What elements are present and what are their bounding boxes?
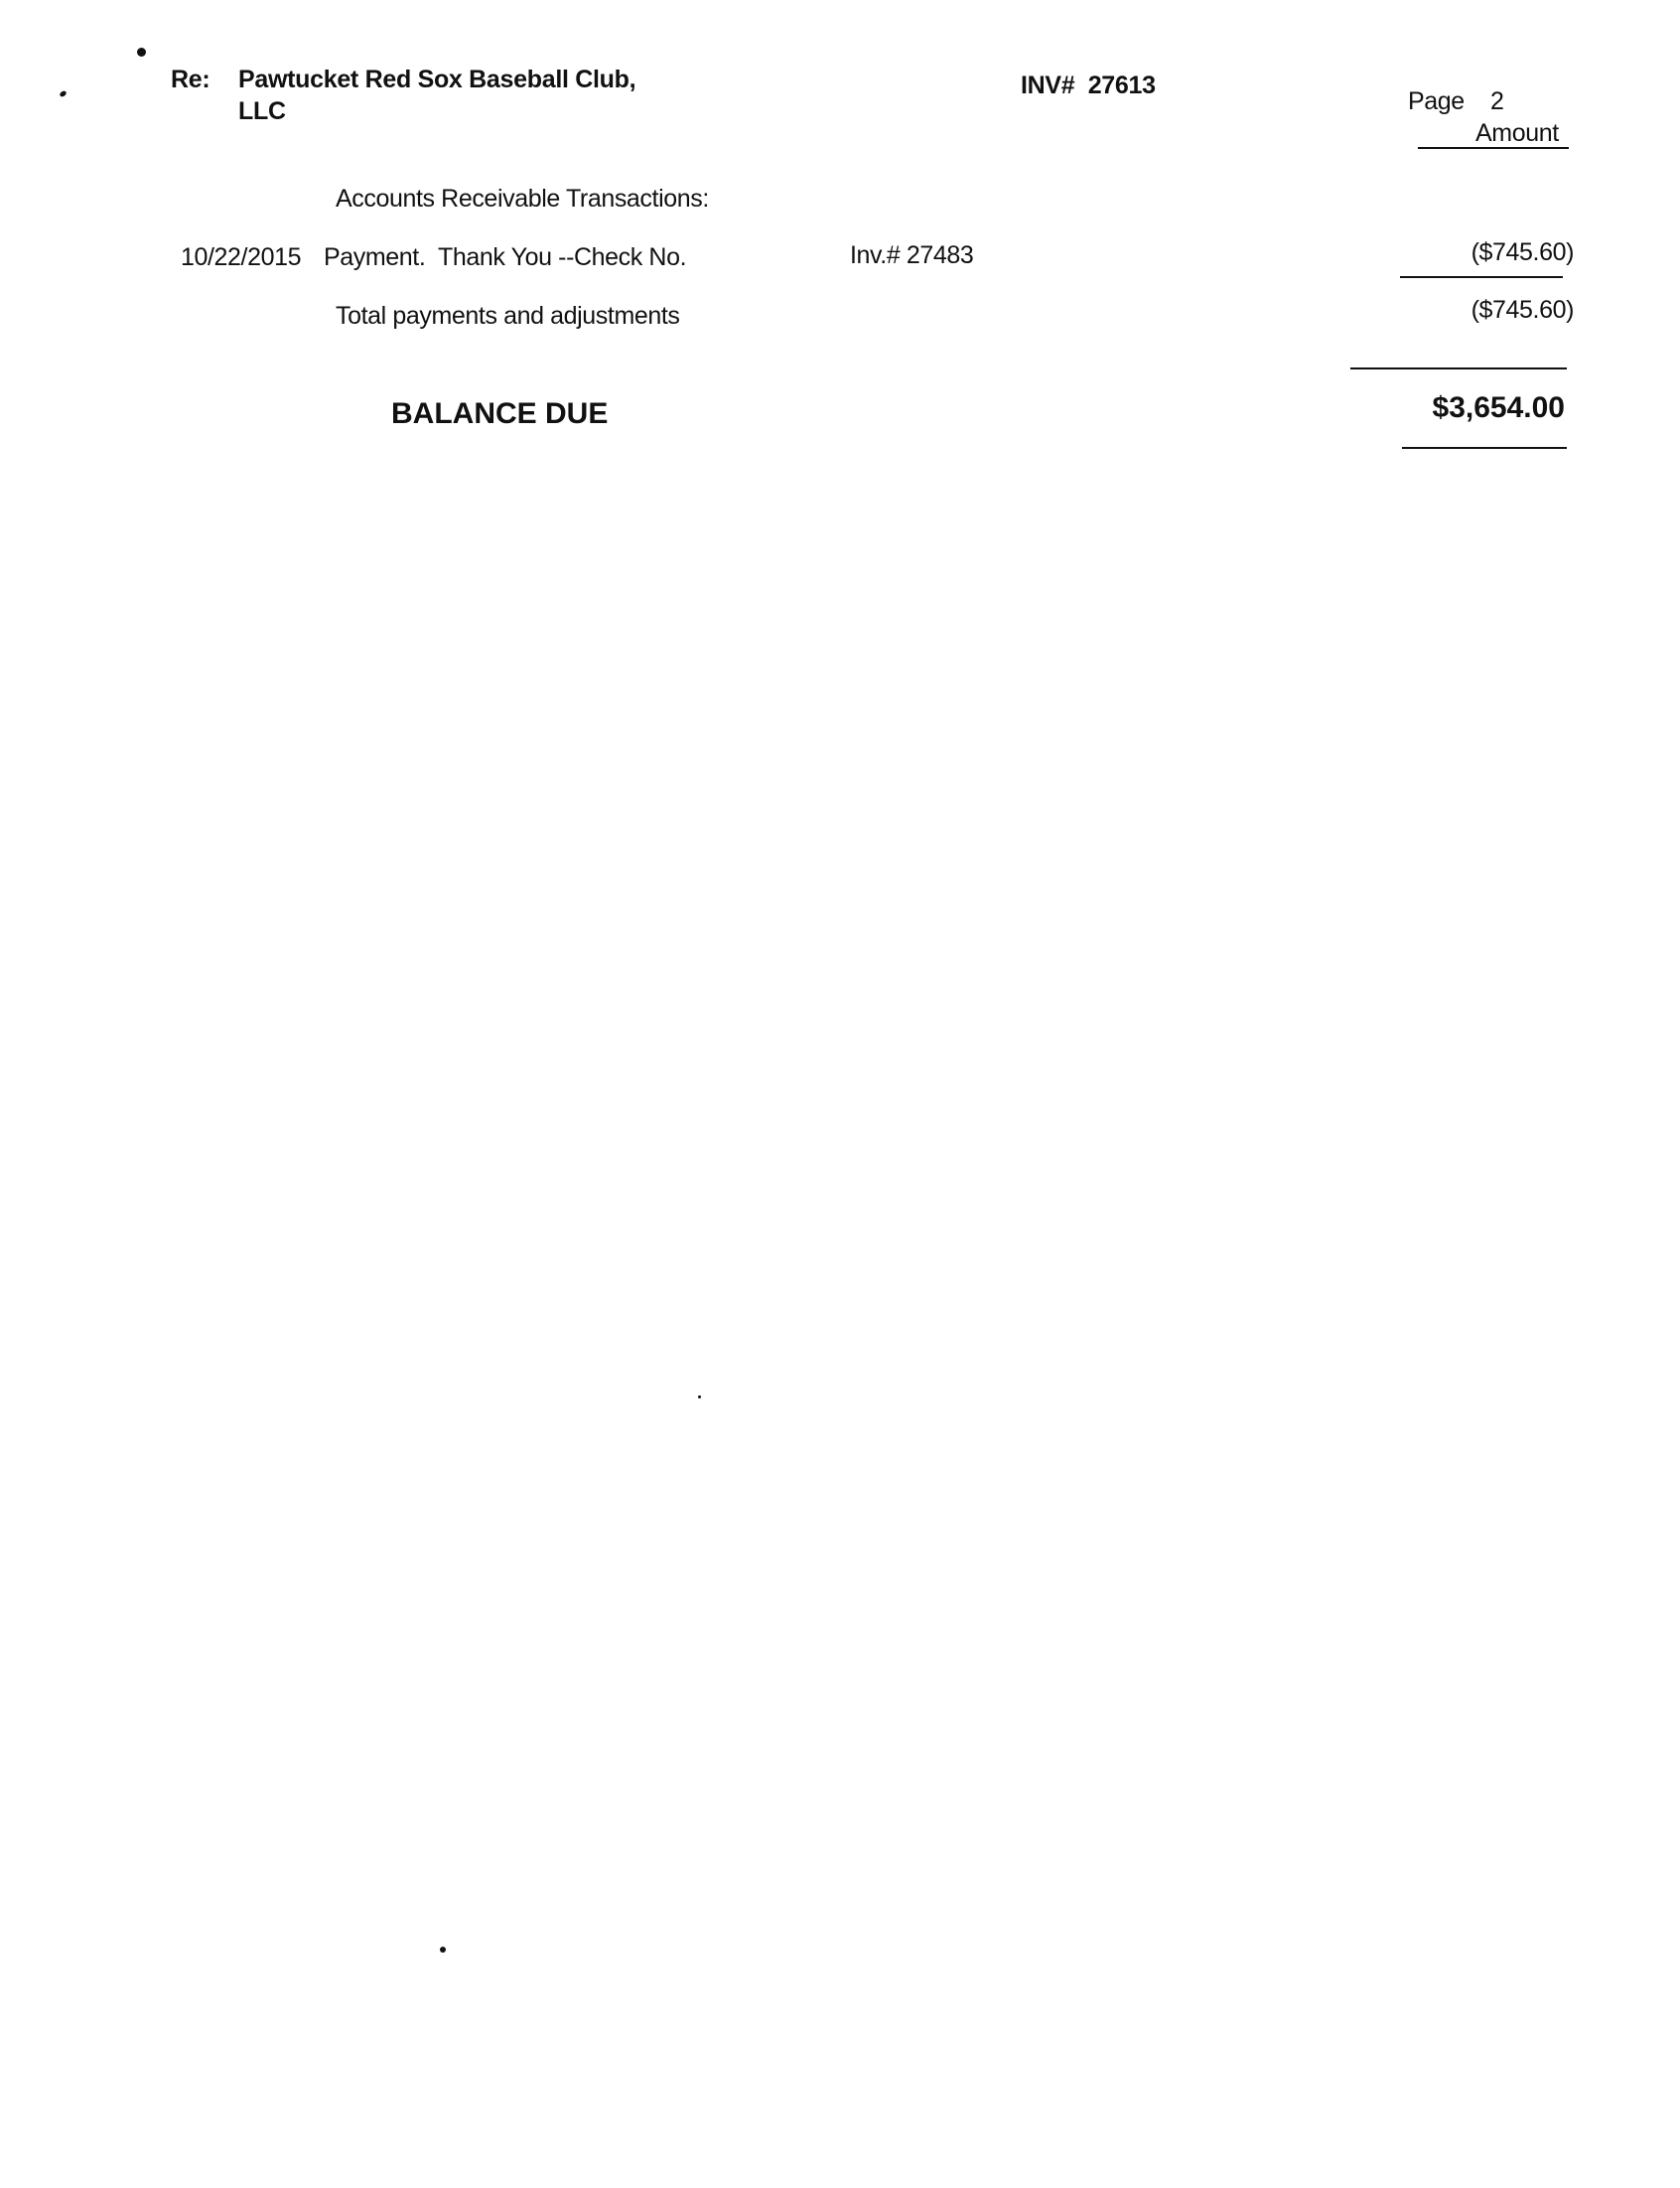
scan-speck	[137, 48, 146, 57]
transaction-description: Payment. Thank You --Check No.	[324, 243, 686, 272]
balance-overline	[1350, 367, 1567, 369]
section-title: Accounts Receivable Transactions:	[336, 185, 709, 214]
balance-due-label: BALANCE DUE	[391, 397, 608, 431]
scan-speck	[59, 89, 68, 97]
client-name-line1: Pawtucket Red Sox Baseball Club,	[238, 66, 635, 94]
balance-underline	[1402, 447, 1567, 449]
total-payments-amount: ($745.60)	[1335, 296, 1574, 325]
invoice-label: INV#	[1021, 72, 1074, 99]
client-name-line2: LLC	[238, 97, 286, 126]
page-number: 2	[1490, 87, 1504, 115]
amount-column-header: Amount	[1475, 119, 1559, 148]
amount-header-underline	[1418, 147, 1569, 149]
transaction-amount: ($745.60)	[1335, 238, 1574, 267]
page-indicator: Page 2	[1408, 87, 1504, 116]
transaction-date: 10/22/2015	[181, 243, 301, 272]
total-payments-label: Total payments and adjustments	[336, 302, 680, 331]
invoice-number: INV# 27613	[1021, 72, 1156, 100]
transaction-underline	[1400, 276, 1563, 278]
page-label: Page	[1408, 87, 1465, 115]
balance-due-amount: $3,654.00	[1327, 391, 1565, 425]
re-label: Re:	[171, 66, 210, 94]
transaction-reference: Inv.# 27483	[850, 241, 973, 270]
scan-speck	[698, 1395, 701, 1398]
scan-speck	[440, 1947, 446, 1953]
invoice-value: 27613	[1088, 72, 1156, 99]
